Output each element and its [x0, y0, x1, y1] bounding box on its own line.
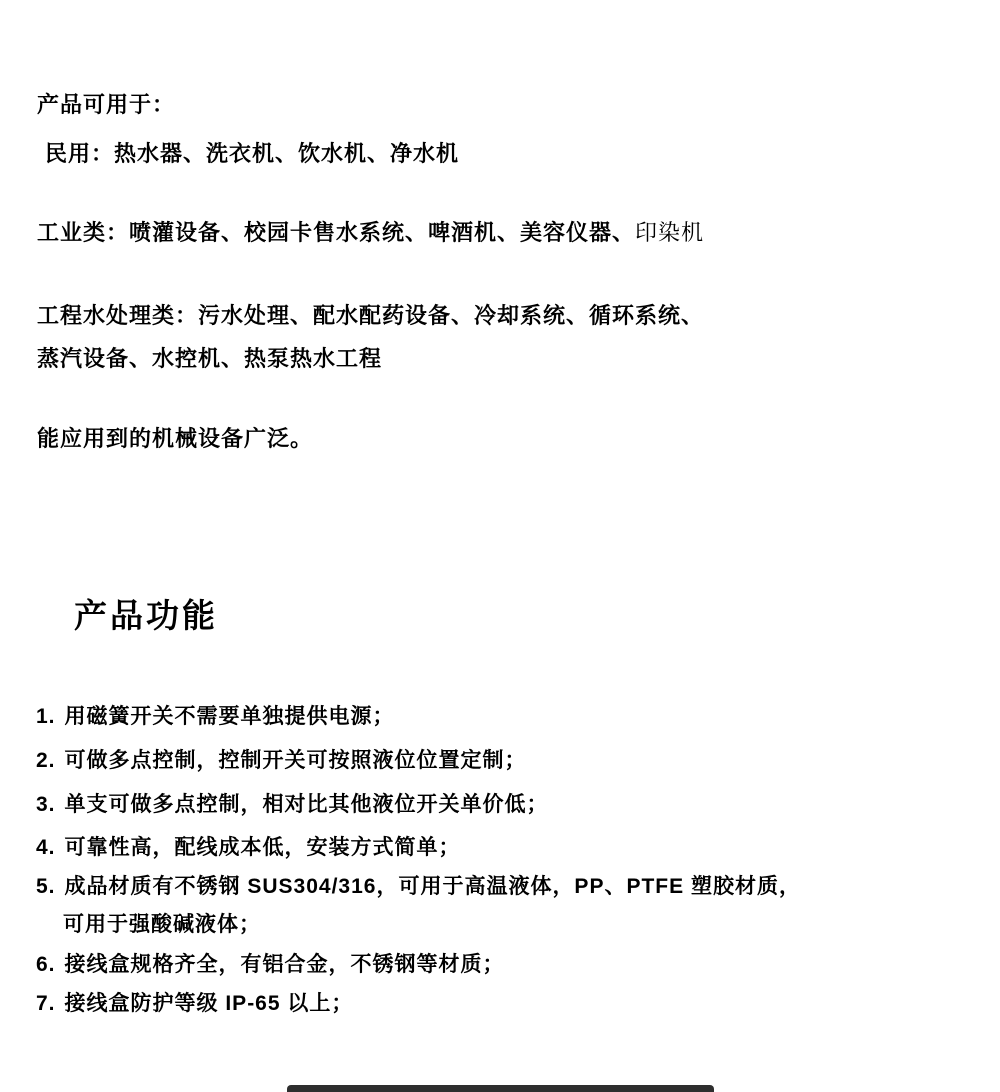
applications-civil-line: 民用：热水器、洗衣机、饮水机、净水机 — [45, 141, 459, 167]
bottom-divider-bar — [287, 1085, 714, 1092]
feature-item-6-text: 接线盒规格齐全，有铝合金，不锈钢等材质； — [65, 953, 505, 976]
feature-item-2-text: 可做多点控制，控制开关可按照液位位置定制； — [65, 749, 527, 772]
applications-engineering-line2: 蒸汽设备、水控机、热泵热水工程 — [37, 346, 382, 372]
feature-item-4-text: 可靠性高，配线成本低，安装方式简单； — [65, 836, 461, 859]
feature-item-1: 1.用磁簧开关不需要单独提供电源； — [36, 700, 395, 730]
industrial-text: 工业类：喷灌设备、校园卡售水系统、啤酒机、美容仪器、 — [37, 220, 635, 245]
applications-industrial-line: 工业类：喷灌设备、校园卡售水系统、啤酒机、美容仪器、印染机 — [37, 220, 704, 246]
feature-item-5: 5.成品材质有不锈钢 SUS304/316，可用于高温液体，PP、PTFE 塑胶… — [36, 870, 801, 900]
feature-item-5-text-line1: 成品材质有不锈钢 SUS304/316，可用于高温液体，PP、PTFE 塑胶材质… — [65, 875, 801, 898]
applications-intro: 产品可用于： — [37, 92, 175, 118]
feature-item-7-number: 7. — [36, 992, 56, 1016]
feature-item-6: 6.接线盒规格齐全，有铝合金，不锈钢等材质； — [36, 948, 505, 978]
section-heading-product-functions: 产品功能 — [74, 590, 218, 637]
feature-item-2: 2.可做多点控制，控制开关可按照液位位置定制； — [36, 744, 527, 774]
feature-item-3-number: 3. — [36, 793, 56, 817]
feature-item-3: 3.单支可做多点控制，相对比其他液位开关单价低； — [36, 788, 549, 818]
feature-item-3-text: 单支可做多点控制，相对比其他液位开关单价低； — [65, 793, 549, 816]
feature-item-7-text: 接线盒防护等级 IP-65 以上； — [65, 992, 354, 1015]
applications-summary: 能应用到的机械设备广泛。 — [37, 426, 313, 452]
feature-item-4-number: 4. — [36, 836, 56, 860]
feature-item-5-continuation: 可用于强酸碱液体； — [63, 908, 261, 938]
feature-item-1-text: 用磁簧开关不需要单独提供电源； — [65, 705, 395, 728]
feature-item-2-number: 2. — [36, 749, 56, 773]
feature-item-6-number: 6. — [36, 953, 56, 977]
industrial-text-serif: 印染机 — [635, 220, 704, 245]
applications-engineering-line1: 工程水处理类：污水处理、配水配药设备、冷却系统、循环系统、 — [37, 303, 704, 329]
feature-item-4: 4.可靠性高，配线成本低，安装方式简单； — [36, 831, 461, 861]
document-page: 产品可用于： 民用：热水器、洗衣机、饮水机、净水机 工业类：喷灌设备、校园卡售水… — [0, 0, 1000, 1092]
feature-item-5-text-line2: 可用于强酸碱液体； — [63, 913, 261, 936]
feature-item-5-number: 5. — [36, 875, 56, 899]
feature-item-1-number: 1. — [36, 705, 56, 729]
feature-item-7: 7.接线盒防护等级 IP-65 以上； — [36, 987, 353, 1017]
